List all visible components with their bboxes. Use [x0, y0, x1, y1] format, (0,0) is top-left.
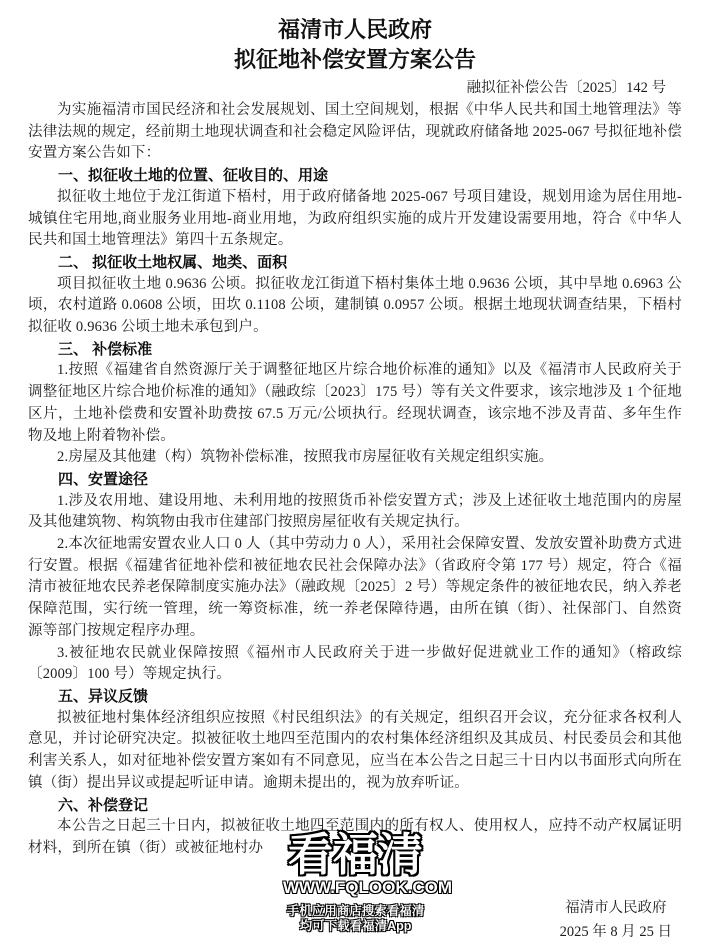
- signature-issuer: 福清市人民政府: [560, 896, 672, 920]
- watermark-app-line1: 手机应用商店搜索看福清: [283, 904, 428, 919]
- document-title: 福清市人民政府 拟征地补偿安置方案公告: [28, 15, 682, 75]
- section: 一、拟征收土地的位置、征收目的、用途拟征收土地位于龙江街道下梧村，用于政府储备地…: [28, 165, 682, 252]
- signature-date: 2025 年 8 月 25 日: [560, 920, 672, 944]
- section: 三、 补偿标准1.按照《福建省自然资源厅关于调整征地区片综合地价标准的通知》以及…: [28, 339, 682, 469]
- section-paragraph: 本公告之日起三十日内，拟被征收土地四至范围内的所有权人、使用权人，应持不动产权属…: [28, 816, 682, 859]
- section-paragraph: 1.涉及农用地、建设用地、未利用地的按照货币补偿安置方式；涉及上述征收土地范围内…: [28, 491, 682, 534]
- document-body: 为实施福清市国民经济和社会发展规划、国土空间规划，根据《中华人民共和国土地管理法…: [28, 100, 682, 860]
- section-heading: 五、异议反馈: [28, 686, 682, 708]
- section-heading: 一、拟征收土地的位置、征收目的、用途: [28, 165, 682, 187]
- watermark-app-line2: 均可下载看福清App: [283, 919, 428, 934]
- sections: 一、拟征收土地的位置、征收目的、用途拟征收土地位于龙江街道下梧村，用于政府储备地…: [28, 165, 682, 860]
- document-number: 融拟征补偿公告〔2025〕142 号: [28, 77, 682, 100]
- title-line-1: 福清市人民政府: [28, 15, 682, 45]
- intro-paragraph: 为实施福清市国民经济和社会发展规划、国土空间规划，根据《中华人民共和国土地管理法…: [28, 100, 682, 165]
- section-heading: 六、补偿登记: [28, 795, 682, 817]
- section-heading: 二、 拟征收土地权属、地类、面积: [28, 252, 682, 274]
- section-heading: 四、安置途径: [28, 469, 682, 491]
- section-heading: 三、 补偿标准: [28, 339, 682, 361]
- section-paragraph: 3.被征地农民就业保障按照《福州市人民政府关于进一步做好促进就业工作的通知》（榕…: [28, 643, 682, 686]
- watermark-url: WWW.FQLOOK.COM: [283, 878, 428, 897]
- section: 五、异议反馈拟被征地村集体经济组织应按照《村民组织法》的有关规定，组织召开会议，…: [28, 686, 682, 795]
- signature-block: 福清市人民政府 2025 年 8 月 25 日: [560, 896, 672, 944]
- section: 六、补偿登记本公告之日起三十日内，拟被征收土地四至范围内的所有权人、使用权人，应…: [28, 795, 682, 860]
- section-paragraph: 1.按照《福建省自然资源厅关于调整征地区片综合地价标准的通知》以及《福清市人民政…: [28, 360, 682, 447]
- announcement-page: 福清市人民政府 拟征地补偿安置方案公告 融拟征补偿公告〔2025〕142 号 为…: [0, 0, 710, 950]
- section-paragraph: 拟征收土地位于龙江街道下梧村，用于政府储备地 2025-067 号项目建设，规划…: [28, 187, 682, 252]
- section-paragraph: 2.本次征地需安置农业人口 0 人（其中劳动力 0 人），采用社会保障安置、发放…: [28, 534, 682, 643]
- section-paragraph: 项目拟征收土地 0.9636 公顷。拟征收龙江街道下梧村集体土地 0.9636 …: [28, 274, 682, 339]
- section-paragraph: 拟被征地村集体经济组织应按照《村民组织法》的有关规定，组织召开会议，充分征求各权…: [28, 708, 682, 795]
- document-content: 福清市人民政府 拟征地补偿安置方案公告 融拟征补偿公告〔2025〕142 号 为…: [0, 0, 710, 860]
- section-paragraph: 2.房屋及其他建（构）筑物补偿标准，按照我市房屋征收有关规定组织实施。: [28, 447, 682, 469]
- title-line-2: 拟征地补偿安置方案公告: [28, 45, 682, 75]
- section: 四、安置途径1.涉及农用地、建设用地、未利用地的按照货币补偿安置方式；涉及上述征…: [28, 469, 682, 686]
- section: 二、 拟征收土地权属、地类、面积项目拟征收土地 0.9636 公顷。拟征收龙江街…: [28, 252, 682, 339]
